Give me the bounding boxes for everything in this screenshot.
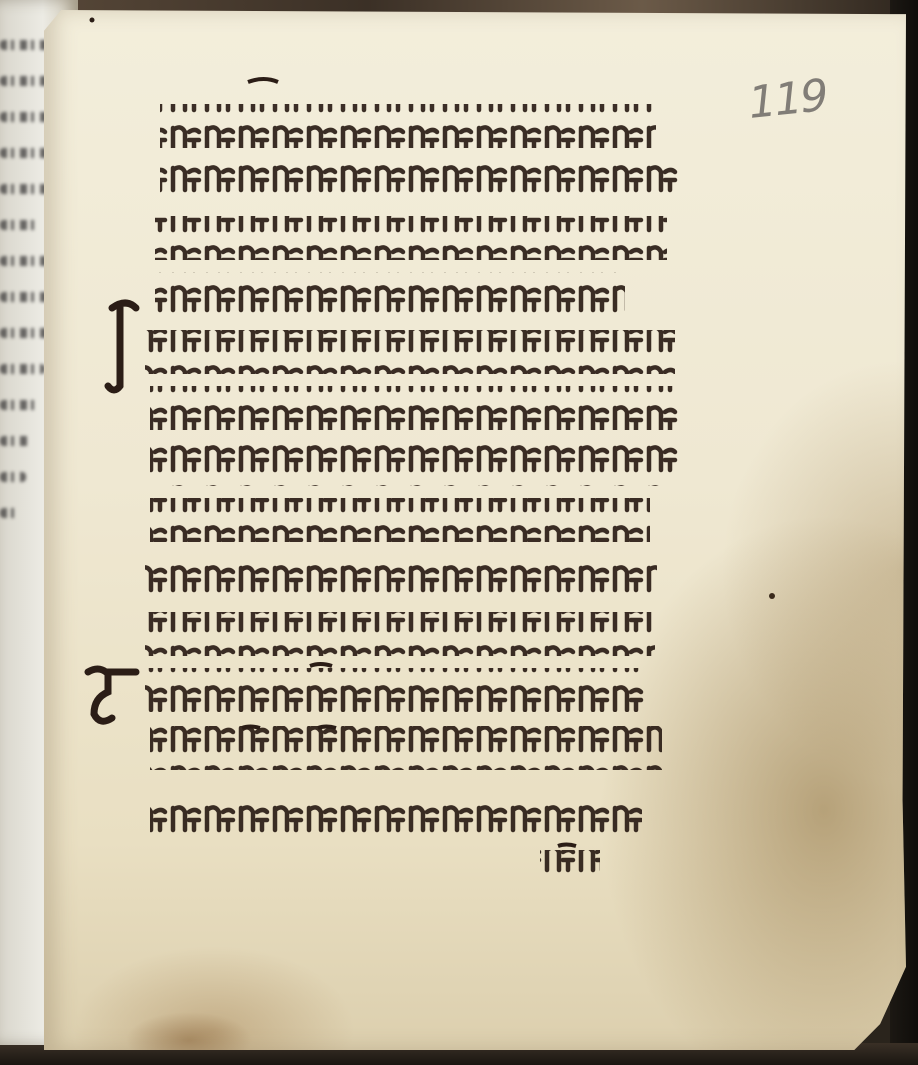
text-line-12 [150,726,662,770]
text-line-1 [160,104,656,148]
text-line-2 [160,160,680,204]
text-line-fragment [540,850,600,884]
text-line-3 [155,216,667,260]
text-line-5 [145,330,675,374]
manuscript-text-lines [0,0,918,1065]
manuscript-photo: 119 Georgian Nuskhuri (ecclesiastical mi… [0,0,918,1065]
text-line-9 [145,556,657,600]
text-line-11 [145,668,645,712]
marginal-initial-line-5 [108,303,136,390]
text-line-7 [150,442,680,486]
text-line-4 [155,272,625,316]
text-line-6 [150,386,680,430]
text-line-8 [150,498,650,542]
marginal-initial-line-11 [88,669,136,721]
text-line-10 [145,612,655,656]
text-line-13 [150,800,642,844]
